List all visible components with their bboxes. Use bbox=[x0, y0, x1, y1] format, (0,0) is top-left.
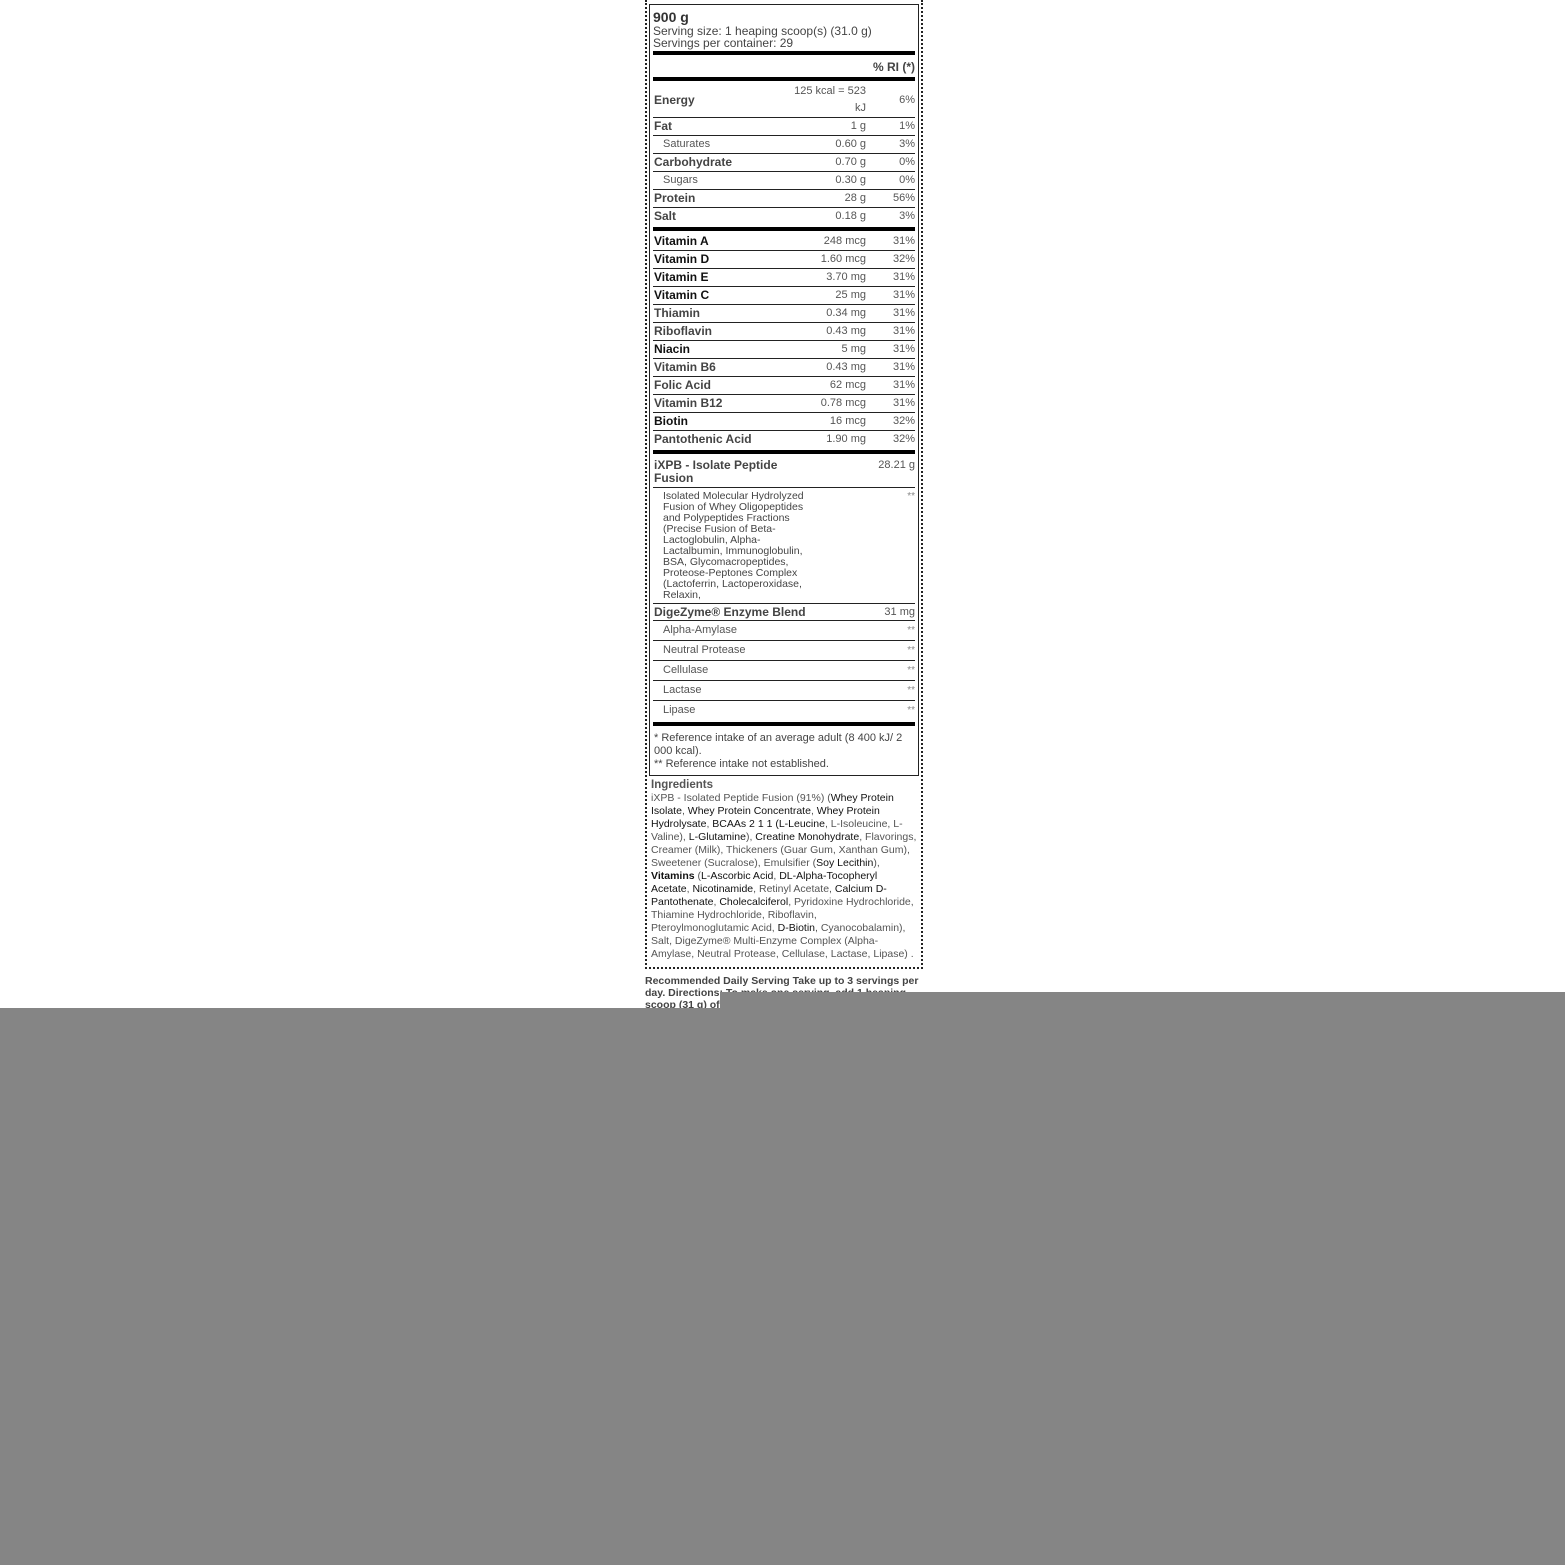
ingredient-segment: Whey Protein Concentrate bbox=[688, 805, 811, 817]
ingredient-segment: L-Ascorbic Acid bbox=[701, 870, 773, 882]
divider bbox=[653, 51, 915, 55]
table-row: Vitamin A248 mcg31% bbox=[653, 233, 915, 251]
ixpb-row: iXPB - Isolate Peptide Fusion 28.21 g bbox=[653, 456, 915, 488]
nutrient-name: Lipase bbox=[653, 701, 785, 721]
nutrient-ri: 1% bbox=[874, 118, 915, 136]
ingredient-segment: Vitamins bbox=[651, 870, 695, 882]
nutrient-name: Cellulase bbox=[653, 661, 785, 681]
nutrient-amount: 0.34 mg bbox=[785, 305, 874, 323]
table-row: Vitamin B60.43 mg31% bbox=[653, 359, 915, 377]
ingredient-segment: BCAAs 2 1 1 (L-Leucine bbox=[712, 818, 825, 830]
table-row: Lactase** bbox=[653, 681, 915, 701]
nutrient-name: Salt bbox=[653, 208, 785, 226]
nutrient-ri: 3% bbox=[874, 208, 915, 226]
ixpb-ri: ** bbox=[907, 491, 915, 601]
nutrient-amount: 25 mg bbox=[785, 287, 874, 305]
nutrient-amount bbox=[785, 701, 874, 721]
nutrient-amount: 28 g bbox=[785, 190, 874, 208]
ri-footnote: * Reference intake of an average adult (… bbox=[653, 728, 915, 758]
nutrient-ri: 3% bbox=[874, 136, 915, 154]
nutrient-ri: 31% bbox=[874, 395, 915, 413]
table-row: Carbohydrate0.70 g0% bbox=[653, 154, 915, 172]
table-row: Saturates0.60 g3% bbox=[653, 136, 915, 154]
nutrient-ri: ** bbox=[874, 701, 915, 721]
nutrient-amount: 0.30 g bbox=[785, 172, 874, 190]
ingredients-text: iXPB - Isolated Peptide Fusion (91%) (Wh… bbox=[651, 792, 917, 961]
nutrient-name: Alpha-Amylase bbox=[653, 621, 785, 641]
ingredients-heading: Ingredients bbox=[651, 779, 917, 792]
servings-per-container: Servings per container: 29 bbox=[653, 37, 915, 49]
divider bbox=[653, 227, 915, 231]
nutrition-facts-label: 900 g Serving size: 1 heaping scoop(s) (… bbox=[649, 4, 919, 776]
nutrient-name: Carbohydrate bbox=[653, 154, 785, 172]
overlay-gray bbox=[0, 1008, 1565, 1565]
ingredient-segment: iXPB - Isolated Peptide Fusion (91%) ( bbox=[651, 792, 831, 804]
nutrient-ri: 6% bbox=[874, 83, 915, 118]
nutrient-ri: 0% bbox=[874, 154, 915, 172]
nutrient-name: Vitamin D bbox=[653, 251, 785, 269]
vitamins-table: Vitamin A248 mcg31%Vitamin D1.60 mcg32%V… bbox=[653, 233, 915, 448]
nutrient-ri: ** bbox=[874, 681, 915, 701]
nutrient-ri: 31% bbox=[874, 233, 915, 251]
nutrient-ri: 31% bbox=[874, 341, 915, 359]
table-row: Lipase** bbox=[653, 701, 915, 721]
nutrient-amount: 0.43 mg bbox=[785, 323, 874, 341]
nutrient-amount: 62 mcg bbox=[785, 377, 874, 395]
nutrient-ri: 0% bbox=[874, 172, 915, 190]
nutrient-amount bbox=[785, 681, 874, 701]
table-row: Cellulase** bbox=[653, 661, 915, 681]
divider bbox=[653, 77, 915, 81]
table-row: Salt0.18 g3% bbox=[653, 208, 915, 226]
nutrient-name: Vitamin B6 bbox=[653, 359, 785, 377]
ingredient-segment: ), bbox=[746, 831, 755, 843]
table-row: Neutral Protease** bbox=[653, 641, 915, 661]
table-row: Vitamin D1.60 mcg32% bbox=[653, 251, 915, 269]
nutrient-amount: 0.78 mcg bbox=[785, 395, 874, 413]
nutrient-amount bbox=[785, 621, 874, 641]
nutrient-ri: ** bbox=[874, 641, 915, 661]
table-row: Thiamin0.34 mg31% bbox=[653, 305, 915, 323]
nutrient-ri: 31% bbox=[874, 323, 915, 341]
nutrient-amount: 16 mcg bbox=[785, 413, 874, 431]
nutrient-amount: 0.18 g bbox=[785, 208, 874, 226]
nutrient-ri: 31% bbox=[874, 287, 915, 305]
nutrient-name: Sugars bbox=[653, 172, 785, 190]
table-row: Sugars0.30 g0% bbox=[653, 172, 915, 190]
nutrient-ri: ** bbox=[874, 661, 915, 681]
nutrient-ri: 31% bbox=[874, 377, 915, 395]
nutrient-name: Niacin bbox=[653, 341, 785, 359]
ingredient-segment: Cholecalciferol bbox=[719, 896, 788, 908]
nutrient-amount: 0.43 mg bbox=[785, 359, 874, 377]
ingredient-segment: D-Biotin bbox=[778, 922, 815, 934]
nutrient-ri: 31% bbox=[874, 359, 915, 377]
nutrient-ri: 56% bbox=[874, 190, 915, 208]
nutrient-amount: 1.60 mcg bbox=[785, 251, 874, 269]
table-row: Niacin5 mg31% bbox=[653, 341, 915, 359]
nutrient-amount bbox=[785, 661, 874, 681]
nutrition-panel: 900 g Serving size: 1 heaping scoop(s) (… bbox=[645, 0, 923, 969]
nutrient-name: Vitamin E bbox=[653, 269, 785, 287]
ixpb-description: Isolated Molecular Hydrolyzed Fusion of … bbox=[663, 491, 805, 601]
overlay-gray bbox=[720, 992, 1565, 1008]
nutrient-name: Thiamin bbox=[653, 305, 785, 323]
nutrient-amount bbox=[785, 641, 874, 661]
table-row: Folic Acid62 mcg31% bbox=[653, 377, 915, 395]
nutrient-name: Folic Acid bbox=[653, 377, 785, 395]
ingredient-segment: Nicotinamide bbox=[692, 883, 753, 895]
not-established-footnote: ** Reference intake not established. bbox=[653, 758, 915, 771]
nutrient-ri: 32% bbox=[874, 413, 915, 431]
nutrient-ri: 31% bbox=[874, 269, 915, 287]
nutrient-name: Vitamin B12 bbox=[653, 395, 785, 413]
nutrient-name: Pantothenic Acid bbox=[653, 431, 785, 449]
nutrient-amount: 248 mcg bbox=[785, 233, 874, 251]
nutrient-name: Energy bbox=[653, 83, 785, 118]
nutrient-amount: 125 kcal = 523 kJ bbox=[785, 83, 874, 118]
nutrient-name: Lactase bbox=[653, 681, 785, 701]
enzyme-blend-name: DigeZyme® Enzyme Blend bbox=[654, 606, 806, 619]
ixpb-amount: 28.21 g bbox=[878, 459, 915, 485]
enzymes-table: Alpha-Amylase**Neutral Protease**Cellula… bbox=[653, 621, 915, 720]
nutrient-name: Vitamin C bbox=[653, 287, 785, 305]
net-weight: 900 g bbox=[653, 9, 915, 25]
ingredient-segment: L-Glutamine bbox=[689, 831, 746, 843]
table-row: Pantothenic Acid1.90 mg32% bbox=[653, 431, 915, 449]
table-row: Vitamin B120.78 mcg31% bbox=[653, 395, 915, 413]
ixpb-description-row: Isolated Molecular Hydrolyzed Fusion of … bbox=[653, 488, 915, 604]
divider bbox=[653, 450, 915, 454]
table-row: Protein28 g56% bbox=[653, 190, 915, 208]
table-row: Vitamin C25 mg31% bbox=[653, 287, 915, 305]
nutrient-ri: ** bbox=[874, 621, 915, 641]
nutrient-name: Saturates bbox=[653, 136, 785, 154]
nutrient-amount: 5 mg bbox=[785, 341, 874, 359]
nutrient-name: Neutral Protease bbox=[653, 641, 785, 661]
table-row: Alpha-Amylase** bbox=[653, 621, 915, 641]
nutrient-name: Fat bbox=[653, 118, 785, 136]
nutrient-amount: 1.90 mg bbox=[785, 431, 874, 449]
table-row: Biotin16 mcg32% bbox=[653, 413, 915, 431]
nutrient-name: Biotin bbox=[653, 413, 785, 431]
table-row: Riboflavin0.43 mg31% bbox=[653, 323, 915, 341]
ingredient-segment: , Retinyl Acetate, bbox=[753, 883, 835, 895]
nutrient-name: Protein bbox=[653, 190, 785, 208]
enzyme-blend-amount: 31 mg bbox=[884, 606, 915, 619]
nutrient-ri: 31% bbox=[874, 305, 915, 323]
divider bbox=[653, 722, 915, 726]
enzyme-blend-row: DigeZyme® Enzyme Blend 31 mg bbox=[653, 604, 915, 621]
ri-column-header: % RI (*) bbox=[653, 57, 915, 75]
nutrient-amount: 0.70 g bbox=[785, 154, 874, 172]
table-row: Energy125 kcal = 523 kJ6% bbox=[653, 83, 915, 118]
nutrient-amount: 3.70 mg bbox=[785, 269, 874, 287]
nutrient-amount: 0.60 g bbox=[785, 136, 874, 154]
table-row: Fat1 g1% bbox=[653, 118, 915, 136]
table-row: Vitamin E3.70 mg31% bbox=[653, 269, 915, 287]
nutrient-ri: 32% bbox=[874, 251, 915, 269]
ingredients-section: Ingredients iXPB - Isolated Peptide Fusi… bbox=[649, 776, 919, 963]
nutrient-amount: 1 g bbox=[785, 118, 874, 136]
macros-table: Energy125 kcal = 523 kJ6%Fat1 g1%Saturat… bbox=[653, 83, 915, 225]
nutrient-ri: 32% bbox=[874, 431, 915, 449]
ingredient-segment: Creatine Monohydrate bbox=[755, 831, 859, 843]
nutrient-name: Riboflavin bbox=[653, 323, 785, 341]
nutrient-name: Vitamin A bbox=[653, 233, 785, 251]
ixpb-name: iXPB - Isolate Peptide Fusion bbox=[654, 459, 784, 485]
ingredient-segment: ), bbox=[873, 857, 879, 869]
ingredient-segment: Soy Lecithin bbox=[816, 857, 873, 869]
